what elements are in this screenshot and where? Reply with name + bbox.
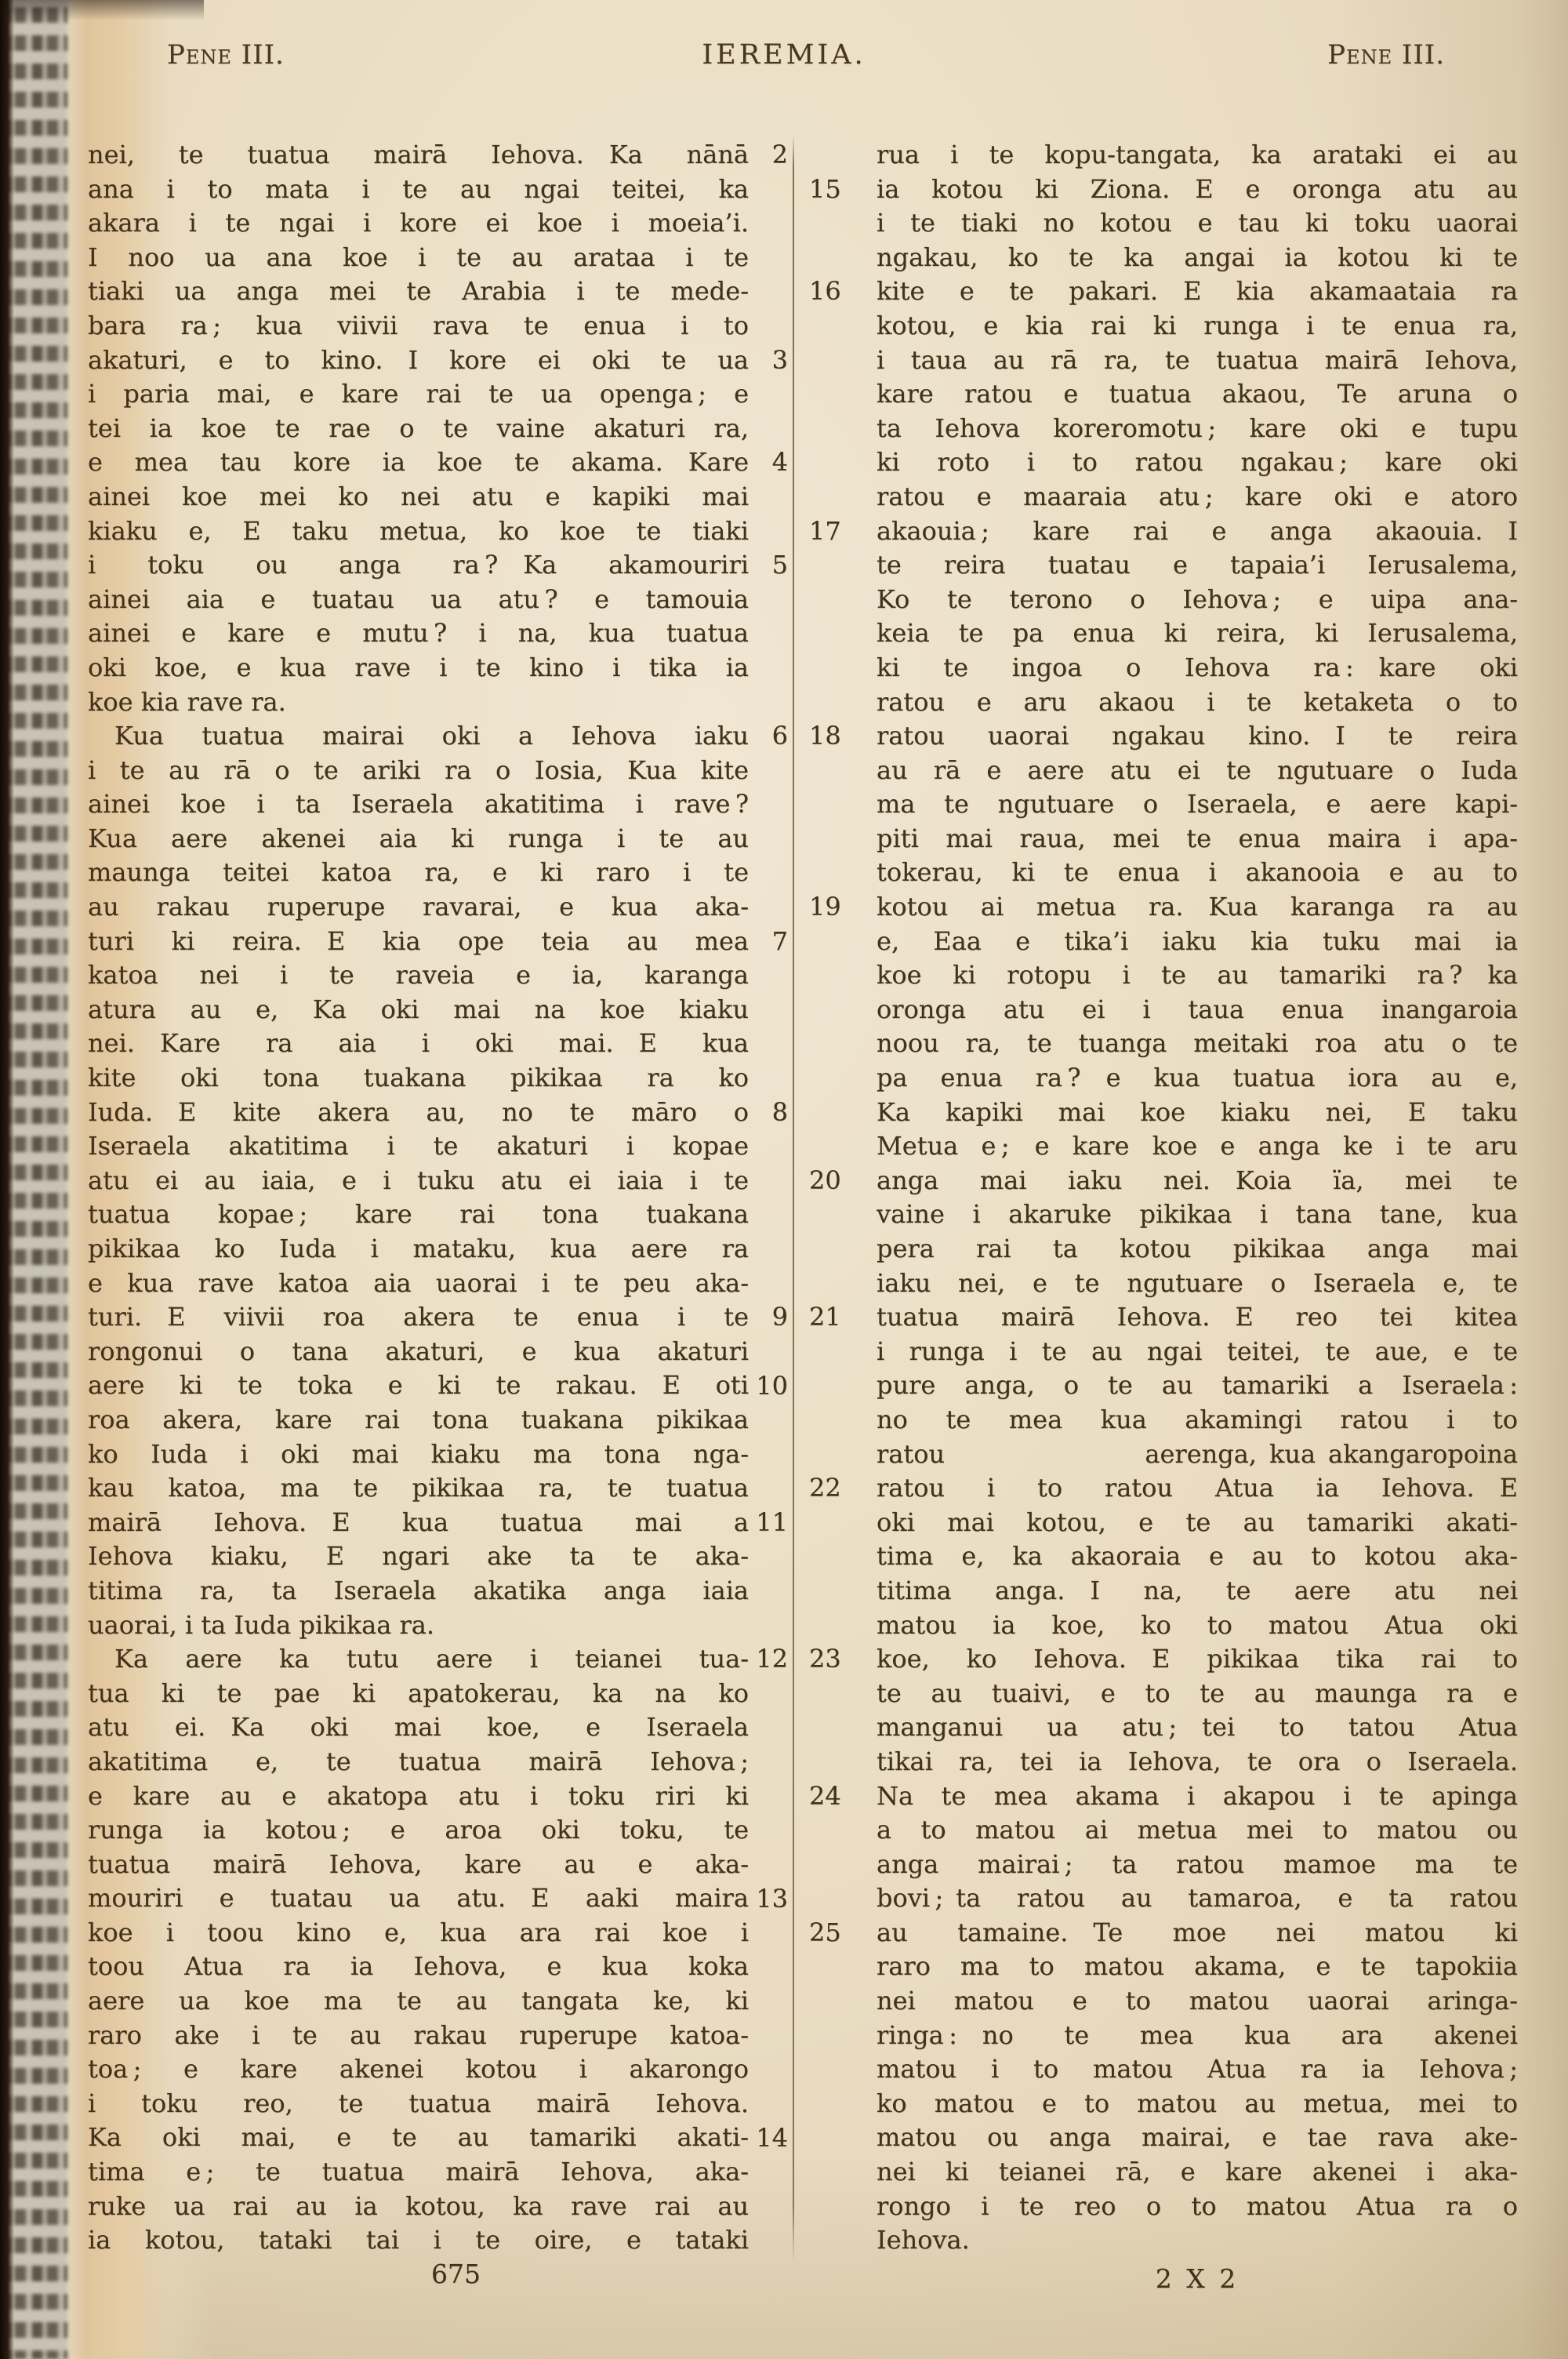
text-line: ratou e aru akaou i te ketaketa o to <box>877 685 1518 720</box>
verse-number: 13 <box>742 1882 788 1917</box>
verse-number: 18 <box>809 719 864 754</box>
text-line: i runga i te au ngai teitei, te aue, e t… <box>877 1335 1518 1369</box>
text-line: turi ki reira. E kia ope teia au mea <box>88 925 749 959</box>
text-line: kite oki tona tuakana pikikaa ra ko <box>88 1061 749 1096</box>
text-line: Ka oki mai, e te au tamariki akati- <box>88 2121 749 2155</box>
text-line: aere ki te toka e ki te rakau. E oti <box>88 1369 749 1403</box>
text-line: rongonui o tana akaturi, e kua akaturi <box>88 1335 749 1369</box>
left-text-column: nei, te tuatua mairā Iehova. Ka nānāana … <box>88 138 749 2258</box>
text-line: Kua aere akenei aia ki runga i te au <box>88 822 749 856</box>
text-line: Kua tuatua mairai oki a Iehova iaku <box>88 719 749 754</box>
text-line: anga mairai ; ta ratou mamoe ma te <box>877 1848 1518 1882</box>
text-line: kiaku e, E taku metua, ko koe te tiaki <box>88 514 749 549</box>
verse-number: 7 <box>742 925 788 959</box>
text-line: ia kotou ki Ziona. E e oronga atu au <box>877 173 1518 207</box>
text-line: akaouia ; kare rai e anga akaouia. I <box>877 514 1518 549</box>
text-line: ki roto i to ratou ngakau ; kare oki <box>877 445 1518 480</box>
text-line: koe kia rave ra. <box>88 685 749 720</box>
text-line: ratou uaorai ngakau kino. I te reira <box>877 719 1518 754</box>
text-line: mairā Iehova. E kua tuatua mai a <box>88 1506 749 1540</box>
text-line: ratou aerenga, kua akangaropoina <box>877 1438 1518 1472</box>
page-number: 675 <box>125 2259 786 2289</box>
text-line: tima e ; te tuatua mairā Iehova, aka- <box>88 2155 749 2190</box>
book-page: Pene III. IEREMIA. Pene III. nei, te tua… <box>0 0 1568 2359</box>
printer-signature-mark: 2 X 2 <box>877 2263 1518 2294</box>
text-line: maunga teitei katoa ra, e ki raro i te <box>88 856 749 890</box>
text-line: Iehova kiaku, E ngari ake ta te aka- <box>88 1539 749 1574</box>
verse-number: 4 <box>742 445 788 480</box>
text-line: kare ratou e tuatua akaou, Te aruna o <box>877 377 1518 412</box>
verse-number: 9 <box>742 1300 788 1335</box>
text-line: oki mai kotou, e te au tamariki akati- <box>877 1506 1518 1540</box>
text-line: nei ki teianei rā, e kare akenei i aka- <box>877 2155 1518 2190</box>
text-line: i toku ou anga ra ? Ka akamouriri <box>88 548 749 583</box>
text-line: ratou e maaraia atu ; kare oki e atoro <box>877 480 1518 514</box>
text-line: ma te ngutuare o Iseraela, e aere kapi- <box>877 787 1518 822</box>
text-line: Ko te terono o Iehova ; e uipa ana- <box>877 583 1518 617</box>
text-line: akara i te ngai i kore ei koe i moeia’i. <box>88 206 749 241</box>
text-line: bovi ; ta ratou au tamaroa, e ta ratou <box>877 1881 1518 1916</box>
text-line: au tamaine. Te moe nei matou ki <box>877 1916 1518 1950</box>
text-line: atura au e, Ka oki mai na koe kiaku <box>88 993 749 1027</box>
column-divider-rule <box>793 135 794 2262</box>
text-line: pera rai ta kotou pikikaa anga mai <box>877 1232 1518 1267</box>
text-line: roa akera, kare rai tona tuakana pikikaa <box>88 1403 749 1438</box>
text-line: Ka kapiki mai koe kiaku nei, E taku <box>877 1096 1518 1130</box>
text-line: i te au rā o te ariki ra o Iosia, Kua ki… <box>88 754 749 788</box>
text-line: i paria mai, e kare rai te ua openga ; e <box>88 377 749 412</box>
text-line: titima anga. I na, te aere atu nei <box>877 1574 1518 1608</box>
verse-number: 8 <box>742 1096 788 1130</box>
text-line: pikikaa ko Iuda i mataku, kua aere ra <box>88 1232 749 1267</box>
text-line: e kare au e akatopa atu i toku riri ki <box>88 1779 749 1814</box>
text-line: Na te mea akama i akapou i te apinga <box>877 1779 1518 1814</box>
verse-number: 11 <box>742 1506 788 1540</box>
text-line: koe ki rotopu i te au tamariki ra ? ka <box>877 958 1518 993</box>
text-line: vaine i akaruke pikikaa i tana tane, kua <box>877 1198 1518 1232</box>
photo-top-shadow <box>0 0 204 20</box>
text-line: tuatua kopae ; kare rai tona tuakana <box>88 1198 749 1232</box>
text-line: oronga atu ei i taua enua inangaroia <box>877 993 1518 1027</box>
text-line: akatitima e, te tuatua mairā Iehova ; <box>88 1745 749 1779</box>
text-line: pure anga, o te au tamariki a Iseraela : <box>877 1369 1518 1403</box>
text-line: titima ra, ta Iseraela akatika anga iaia <box>88 1574 749 1608</box>
text-line: Iehova. <box>877 2223 1518 2258</box>
text-line: Ka aere ka tutu aere i teianei tua- <box>88 1642 749 1677</box>
text-line: au rā e aere atu ei te ngutuare o Iuda <box>877 754 1518 788</box>
right-text-column: rua i te kopu-tangata, ka arataki ei aui… <box>877 138 1518 2258</box>
text-line: i toku reo, te tuatua mairā Iehova. <box>88 2087 749 2121</box>
text-line: tei ia koe te rae o te vaine akaturi ra, <box>88 412 749 446</box>
text-line: anga mai iaku nei. Koia ïa, mei te <box>877 1164 1518 1198</box>
text-line: e, Eaa e tika’i iaku kia tuku mai ia <box>877 925 1518 959</box>
text-line: no te mea kua akamingi ratou i to <box>877 1403 1518 1438</box>
verse-number: 2 <box>742 138 788 173</box>
book-spine-shadow <box>0 0 14 2359</box>
text-line: tikai ra, tei ia Iehova, te ora o Iserae… <box>877 1745 1518 1779</box>
verse-number: 23 <box>809 1642 864 1677</box>
text-line: toa ; e kare akenei kotou i akarongo <box>88 2052 749 2087</box>
text-line: e mea tau kore ia koe te akama. Kare <box>88 445 749 480</box>
text-line: ratou i to ratou Atua ia Iehova. E <box>877 1471 1518 1506</box>
verse-number: 17 <box>809 514 864 549</box>
verse-number: 16 <box>809 274 864 309</box>
text-line: oki koe, e kua rave i te kino i tika ia <box>88 651 749 685</box>
text-line: Iuda. E kite akera au, no te māro o <box>88 1096 749 1130</box>
verse-number: 19 <box>809 890 864 925</box>
verse-number: 21 <box>809 1300 864 1335</box>
text-line: ia kotou, tataki tai i te oire, e tataki <box>88 2223 749 2258</box>
text-line: noou ra, te tuanga meitaki roa atu o te <box>877 1027 1518 1061</box>
verse-number: 10 <box>742 1369 788 1404</box>
text-line: katoa nei i te raveia e ia, karanga <box>88 958 749 993</box>
text-line: uaorai, i ta Iuda pikikaa ra. <box>88 1608 749 1643</box>
verse-number: 14 <box>742 2121 788 2156</box>
verse-number: 20 <box>809 1164 864 1198</box>
text-line: koe, ko Iehova. E pikikaa tika rai to <box>877 1642 1518 1677</box>
verse-number: 15 <box>809 173 864 207</box>
text-line: koe i toou kino e, kua ara rai koe i <box>88 1916 749 1950</box>
text-line: pa enua ra ? e kua tuatua iora au e, <box>877 1061 1518 1096</box>
text-line: nei, te tuatua mairā Iehova. Ka nānā <box>88 138 749 173</box>
text-line: tuatua mairā Iehova. E reo tei kitea <box>877 1300 1518 1335</box>
text-line: i taua au rā ra, te tuatua mairā Iehova, <box>877 343 1518 378</box>
text-line: kotou ai metua ra. Kua karanga ra au <box>877 890 1518 925</box>
verse-number: 25 <box>809 1916 864 1950</box>
verse-number: 6 <box>742 719 788 754</box>
verse-number: 3 <box>742 343 788 378</box>
text-line: atu ei. Ka oki mai koe, e Iseraela <box>88 1710 749 1745</box>
text-line: ko matou e to matou au metua, mei to <box>877 2087 1518 2121</box>
text-line: akaturi, e to kino. I kore ei oki te ua <box>88 343 749 378</box>
text-line: raro ake i te au rakau ruperupe katoa- <box>88 2019 749 2053</box>
text-line: kotou, e kia rai ki runga i te enua ra, <box>877 309 1518 343</box>
text-line: te au tuaivi, e to te au maunga ra e <box>877 1677 1518 1711</box>
text-line: toou Atua ra ia Iehova, e kua koka <box>88 1950 749 1984</box>
text-line: tua ki te pae ki apatokerau, ka na ko <box>88 1677 749 1711</box>
text-line: tuatua mairā Iehova, kare au e aka- <box>88 1848 749 1882</box>
text-line: turi. E viivii roa akera te enua i te <box>88 1300 749 1335</box>
text-line: e kua rave katoa aia uaorai i te peu aka… <box>88 1267 749 1301</box>
running-head-chapter-right: Pene III. <box>1253 39 1445 71</box>
text-line: tiaki ua anga mei te Arabia i te mede- <box>88 274 749 309</box>
text-line: rongo i te reo o to matou Atua ra o <box>877 2190 1518 2224</box>
text-line: ringa : no te mea kua ara akenei <box>877 2019 1518 2053</box>
verse-number: 5 <box>742 548 788 583</box>
running-head-book-title: IEREMIA. <box>643 39 925 71</box>
text-line: ko Iuda i oki mai kiaku ma tona nga- <box>88 1438 749 1472</box>
text-line: ruke ua rai au ia kotou, ka rave rai au <box>88 2190 749 2224</box>
text-line: manganui ua atu ; tei to tatou Atua <box>877 1710 1518 1745</box>
text-line: te reira tuatau e tapaia’i Ierusalema, <box>877 548 1518 583</box>
text-line: ki te ingoa o Iehova ra : kare oki <box>877 651 1518 685</box>
text-line: kau katoa, ma te pikikaa ra, te tuatua <box>88 1471 749 1506</box>
text-line: matou i to matou Atua ra ia Iehova ; <box>877 2052 1518 2087</box>
text-line: iaku nei, e te ngutuare o Iseraela e, te <box>877 1267 1518 1301</box>
text-line: rua i te kopu-tangata, ka arataki ei au <box>877 138 1518 173</box>
text-line: au rakau ruperupe ravarai, e kua aka- <box>88 890 749 925</box>
text-line: matou ia koe, ko to matou Atua oki <box>877 1608 1518 1643</box>
text-line: mouriri e tuatau ua atu. E aaki maira <box>88 1881 749 1916</box>
text-line: I noo ua ana koe i te au arataa i te <box>88 241 749 275</box>
text-line: ana i to mata i te au ngai teitei, ka <box>88 173 749 207</box>
text-line: Iseraela akatitima i te akaturi i kopae <box>88 1129 749 1164</box>
text-line: a to matou ai metua mei to matou ou <box>877 1813 1518 1848</box>
text-line: ainei koe mei ko nei atu e kapiki mai <box>88 480 749 514</box>
text-line: ta Iehova koreromotu ; kare oki e tupu <box>877 412 1518 446</box>
text-line: raro ma to matou akama, e te tapokiia <box>877 1950 1518 1984</box>
text-line: ainei koe i ta Iseraela akatitima i rave… <box>88 787 749 822</box>
text-line: nei matou e to matou uaorai aringa- <box>877 1984 1518 2019</box>
text-line: matou ou anga mairai, e tae rava ake- <box>877 2121 1518 2155</box>
text-line: nei. Kare ra aia i oki mai. E kua <box>88 1027 749 1061</box>
text-line: runga ia kotou ; e aroa oki toku, te <box>88 1813 749 1848</box>
text-line: ainei aia e tuatau ua atu ? e tamouia <box>88 583 749 617</box>
text-line: tima e, ka akaoraia e au to kotou aka- <box>877 1539 1518 1574</box>
running-head-chapter-left: Pene III. <box>167 39 285 71</box>
text-line: piti mai raua, mei te enua maira i apa- <box>877 822 1518 856</box>
text-line: kite e te pakari. E kia akamaataia ra <box>877 274 1518 309</box>
text-line: aere ua koe ma te au tangata ke, ki <box>88 1984 749 2019</box>
text-line: i te tiaki no kotou e tau ki toku uaorai <box>877 206 1518 241</box>
verse-number: 22 <box>809 1471 864 1506</box>
text-line: ainei e kare e mutu ? i na, kua tuatua <box>88 616 749 651</box>
text-line: keia te pa enua ki reira, ki Ierusalema, <box>877 616 1518 651</box>
text-line: bara ra ; kua viivii rava te enua i to <box>88 309 749 343</box>
verse-number: 12 <box>742 1642 788 1677</box>
text-line: Metua e ; e kare koe e anga ke i te aru <box>877 1129 1518 1164</box>
text-line: atu ei au iaia, e i tuku atu ei iaia i t… <box>88 1164 749 1198</box>
text-line: tokerau, ki te enua i akanooia e au to <box>877 856 1518 890</box>
verse-number: 24 <box>809 1779 864 1814</box>
text-line: ngakau, ko te ka angai ia kotou ki te <box>877 241 1518 275</box>
